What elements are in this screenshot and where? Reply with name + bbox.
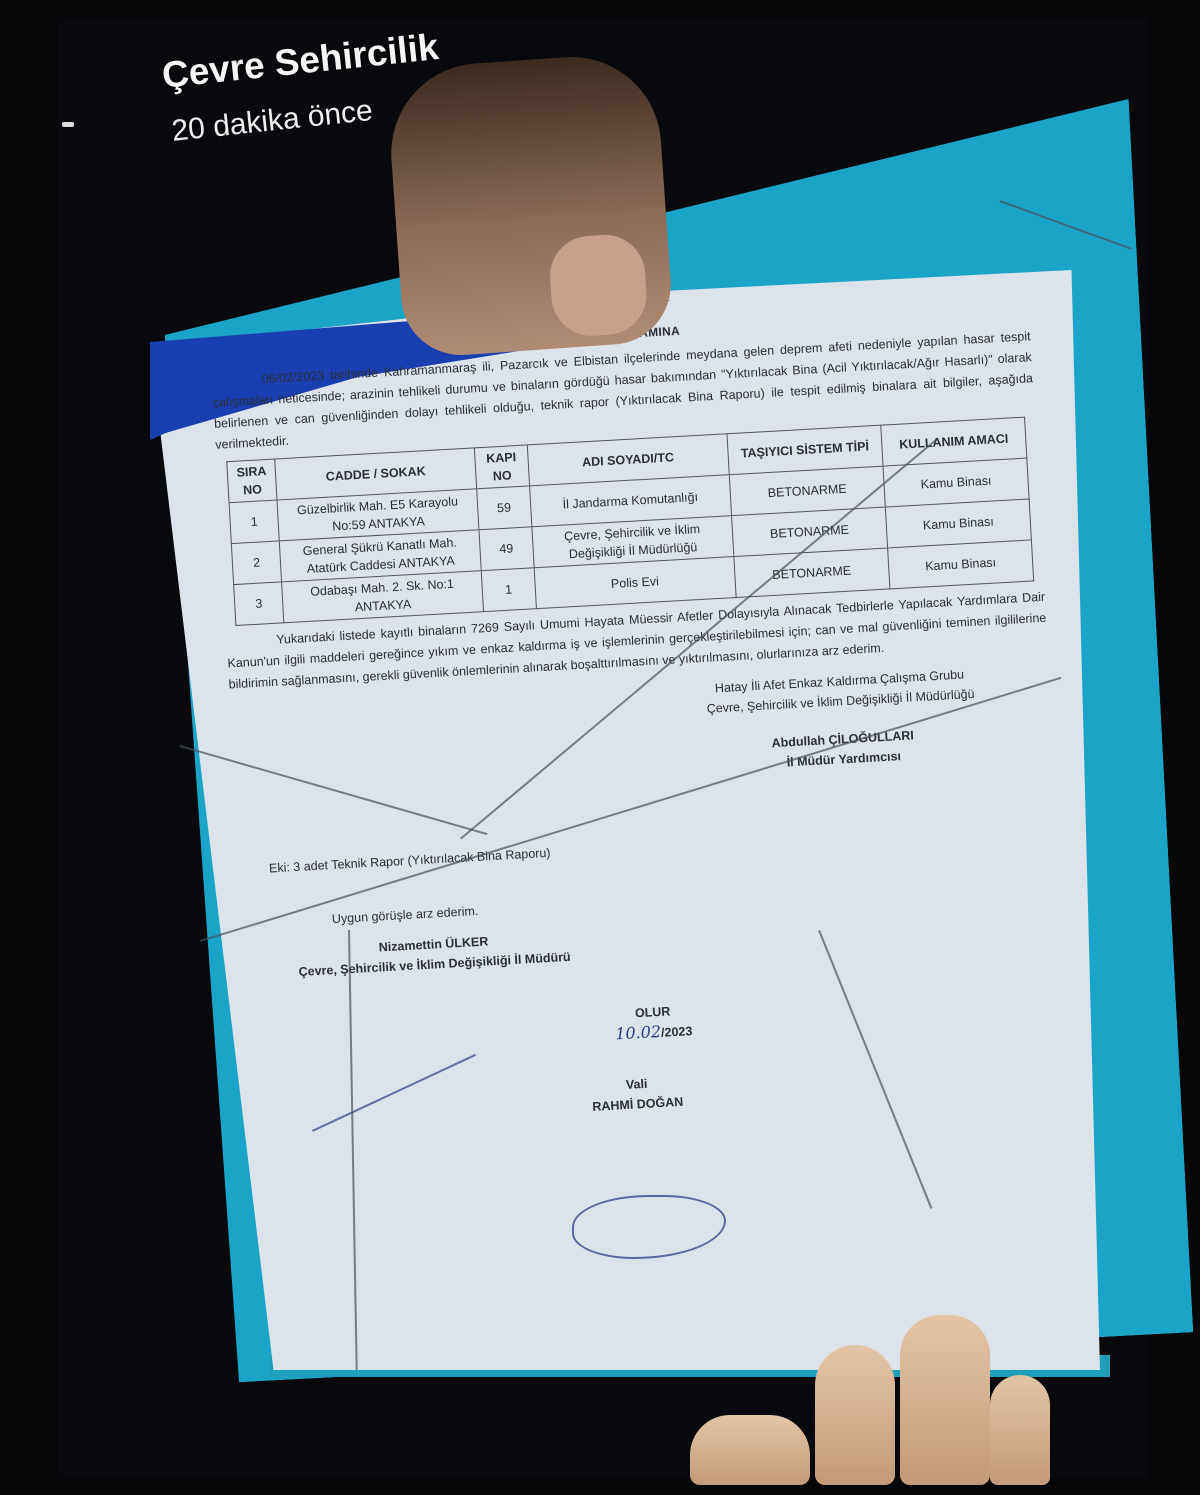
sender-signature-block: Hatay İli Afet Enkaz Kaldırma Çalışma Gr… <box>649 661 1034 780</box>
cell-door: 49 <box>479 527 534 571</box>
official-letter: VALİLİK MAKAMINA 06/02/2023 tarihinde Ka… <box>210 304 1073 1136</box>
side-indicator <box>62 122 74 127</box>
attachment-note: Eki: 3 adet Teknik Rapor (Yıktırılacak B… <box>269 817 1059 875</box>
director-signature-block: Nizamettin ÜLKER Çevre, Şehircilik ve İk… <box>253 924 615 984</box>
cell-door: 1 <box>481 568 536 612</box>
approval-block: OLUR 10.02/2023 <box>587 999 719 1047</box>
col-sira-no: SIRA NO <box>227 459 277 503</box>
cell-sira: 1 <box>229 500 279 544</box>
cell-sira: 3 <box>234 582 284 626</box>
opinion-note: Uygun görüşle arz ederim. <box>332 871 1062 926</box>
cell-door: 59 <box>476 486 531 530</box>
handwritten-date: 10.02 <box>615 1022 662 1044</box>
date-year: /2023 <box>661 1024 693 1040</box>
cell-sira: 2 <box>231 541 281 585</box>
col-kapi-no: KAPI NO <box>474 445 529 489</box>
cell-usage: Kamu Binası <box>888 540 1034 589</box>
holding-hand-bottom <box>690 1320 1080 1480</box>
holding-hand-top <box>385 51 675 359</box>
